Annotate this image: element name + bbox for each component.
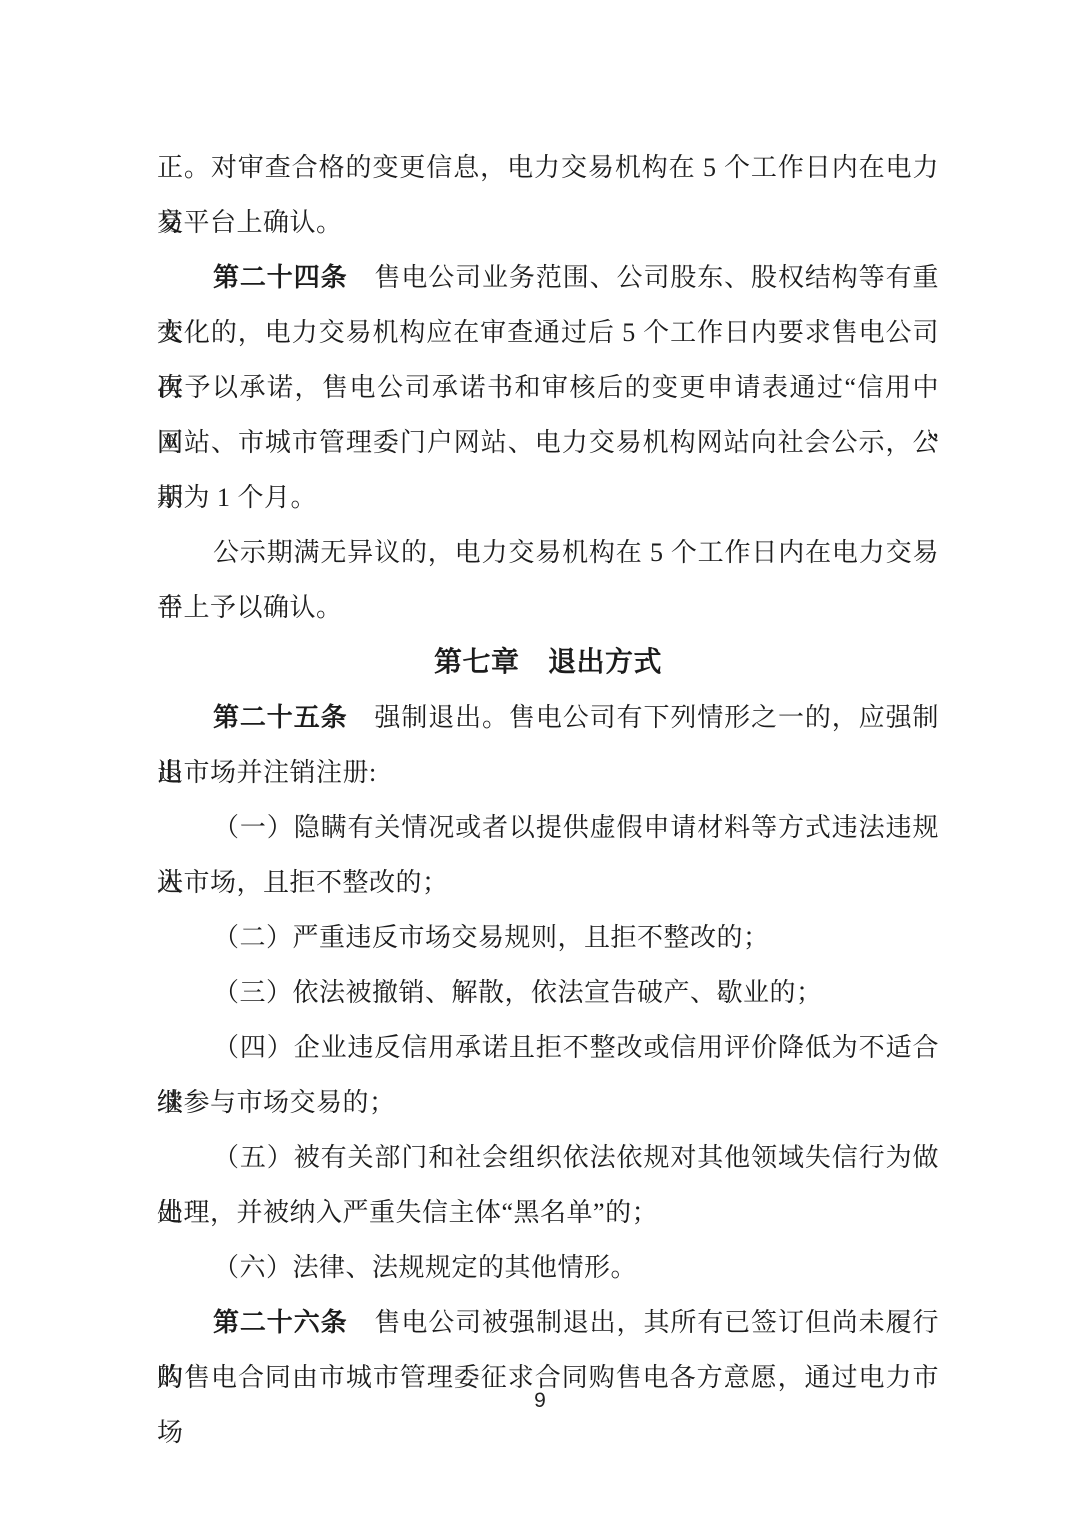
document-line: （三）依法被撤销、解散，依法宣告破产、歇业的； — [157, 965, 939, 1020]
line-text: 出市场并注销注册: — [157, 758, 377, 787]
document-line: （一）隐瞒有关情况或者以提供虚假申请材料等方式违法违规进 — [157, 800, 939, 855]
document-line: 第二十六条 售电公司被强制退出，其所有已签订但尚未履行的 — [157, 1295, 939, 1350]
line-text: 台上予以确认。 — [157, 593, 343, 622]
document-page: 正。对审查合格的变更信息，电力交易机构在 5 个工作日内在电力交 易平台上确认。… — [0, 0, 1080, 1526]
document-line: （六）法律、法规规定的其他情形。 — [157, 1240, 939, 1295]
document-line: 出市场并注销注册: — [157, 745, 939, 800]
line-text: 处理，并被纳入严重失信主体“黑名单”的； — [157, 1198, 658, 1227]
line-text: 期为 1 个月。 — [157, 483, 317, 512]
document-line: 正。对审查合格的变更信息，电力交易机构在 5 个工作日内在电力交 — [157, 140, 939, 195]
line-text: 入市场，且拒不整改的； — [157, 868, 449, 897]
line-text: （三）依法被撤销、解散，依法宣告破产、歇业的； — [213, 978, 823, 1007]
chapter-heading-text: 第七章 退出方式 — [434, 647, 662, 678]
document-line: 入市场，且拒不整改的； — [157, 855, 939, 910]
document-line: 第二十四条 售电公司业务范围、公司股东、股权结构等有重大 — [157, 250, 939, 305]
line-text: 续参与市场交易的； — [157, 1088, 396, 1117]
article-number: 第二十五条 — [213, 703, 348, 732]
article-number: 第二十六条 — [213, 1308, 348, 1337]
line-text: （六）法律、法规规定的其他情形。 — [213, 1253, 637, 1282]
document-line: （四）企业违反信用承诺且拒不整改或信用评价降低为不适合继 — [157, 1020, 939, 1075]
document-body: 正。对审查合格的变更信息，电力交易机构在 5 个工作日内在电力交 易平台上确认。… — [157, 140, 939, 1405]
document-line: 期为 1 个月。 — [157, 470, 939, 525]
line-text: （二）严重违反市场交易规则，且拒不整改的； — [213, 923, 770, 952]
document-line: 续参与市场交易的； — [157, 1075, 939, 1130]
document-line: 处理，并被纳入严重失信主体“黑名单”的； — [157, 1185, 939, 1240]
article-number: 第二十四条 — [213, 263, 348, 292]
document-line: 第二十五条 强制退出。售电公司有下列情形之一的，应强制退 — [157, 690, 939, 745]
document-line: （五）被有关部门和社会组织依法依规对其他领域失信行为做出 — [157, 1130, 939, 1185]
document-line: 台上予以确认。 — [157, 580, 939, 635]
document-line: 变化的，电力交易机构应在审查通过后 5 个工作日内要求售电公司再 — [157, 305, 939, 360]
document-line: 公示期满无异议的，电力交易机构在 5 个工作日内在电力交易平 — [157, 525, 939, 580]
document-line: 易平台上确认。 — [157, 195, 939, 250]
document-line: 次予以承诺，售电公司承诺书和审核后的变更申请表通过“信用中国” — [157, 360, 939, 415]
document-line: （二）严重违反市场交易规则，且拒不整改的； — [157, 910, 939, 965]
document-line: 网站、市城市管理委门户网站、电力交易机构网站向社会公示，公示 — [157, 415, 939, 470]
line-text: 易平台上确认。 — [157, 208, 343, 237]
page-number: 9 — [0, 1386, 1080, 1416]
chapter-heading: 第七章 退出方式 — [157, 635, 939, 690]
